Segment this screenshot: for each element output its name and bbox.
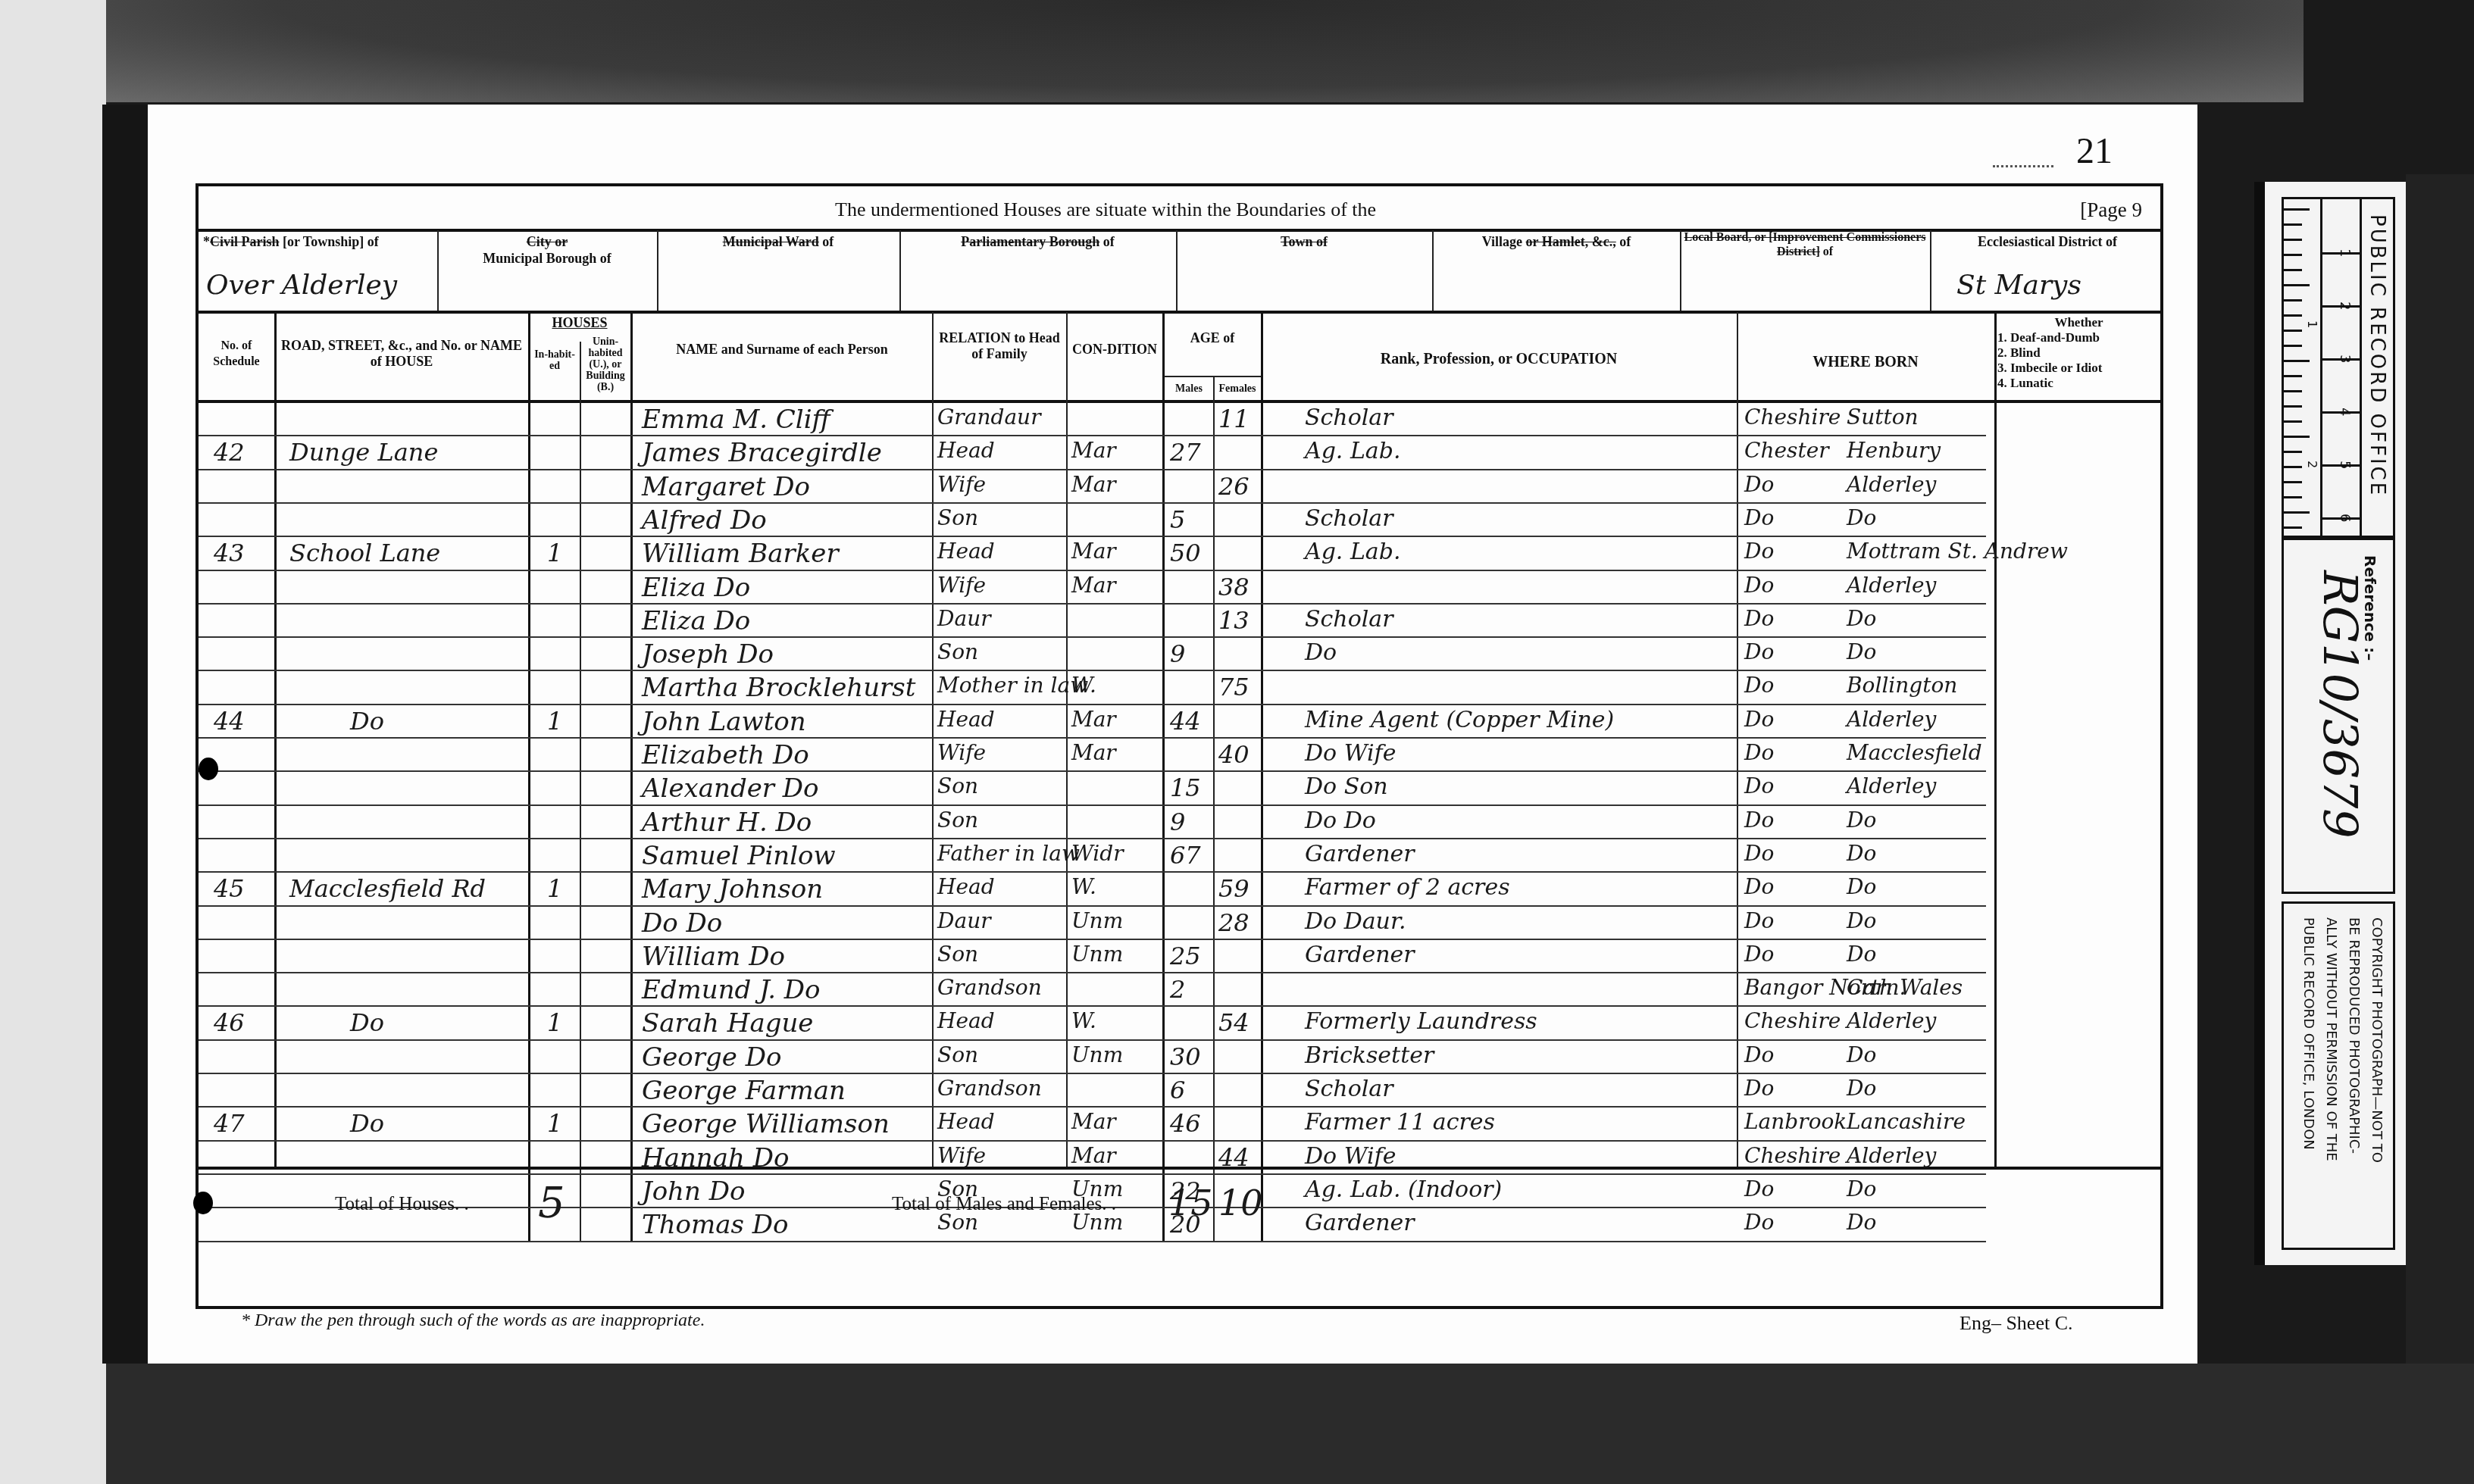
occupation: Ag. Lab. [1305,438,1401,464]
measurement-ruler: PUBLIC RECORD OFFICE 1 2 3 4 5 6 1 2 [2282,197,2395,538]
marital-condition: Mar [1071,707,1116,732]
person-name: Edmund J. Do [642,975,821,1005]
relation-to-head: Daur [937,606,991,631]
cm-label: 3 [2337,355,2353,363]
row-rule [199,804,1986,806]
marital-condition: Mar [1071,740,1116,765]
birth-county: Cheshire [1744,405,1841,430]
col-divider [1261,312,1263,1242]
cm-label: 6 [2337,514,2353,522]
relation-to-head: Grandson [937,1076,1042,1101]
scan-background-bottom [106,1364,2474,1484]
relation-to-head: Son [937,1042,978,1067]
row-rule [199,1241,1986,1242]
male-age: 5 [1170,505,1185,534]
inhabited-count: 1 [547,1008,562,1037]
birth-place: Bollington [1847,673,1957,698]
row-rule [199,704,1986,705]
occupation: Scholar [1305,405,1393,431]
person-name: Do Do [642,908,722,939]
birth-county: Do [1744,1210,1774,1235]
row-rule [199,570,1986,571]
reference-box: Reference :– RG10/3679 [2282,538,2395,894]
schedule-number: 47 [214,1109,245,1138]
female-age: 26 [1218,472,1250,501]
occupation: Do Wife [1305,1143,1396,1170]
birth-county: Do [1744,908,1774,933]
male-age: 44 [1170,707,1201,736]
boundary-municipal-borough: City or Municipal Borough of [441,233,653,267]
divider [1164,376,1261,377]
person-name: Emma M. Cliff [642,405,830,435]
divider [2320,199,2322,536]
record-office-strip: PUBLIC RECORD OFFICE 1 2 3 4 5 6 1 2 Ref… [2254,182,2406,1265]
row-rule [199,670,1986,671]
occupation: Do Do [1305,808,1376,834]
cm-label: 4 [2337,408,2353,416]
boundary-town: Town of [1180,233,1428,250]
row-rule [199,1173,1986,1175]
birth-county: Do [1744,505,1774,530]
birth-county: Do [1744,740,1774,765]
ruler-tick [2284,223,2302,226]
female-age: 28 [1218,908,1250,937]
male-age: 27 [1170,438,1201,467]
copyright-line: COPYRIGHT PHOTOGRAPH—NOT TO [2369,917,2385,1163]
birth-place: Do [1847,874,1876,899]
ruler-tick [2284,314,2302,317]
female-age: 38 [1218,573,1250,601]
punch-hole [193,1192,213,1214]
person-name: George Farman [642,1076,846,1106]
marital-condition: Widr [1071,841,1124,866]
relation-to-head: Wife [937,740,986,765]
col-header-name: NAME and Surname of each Person [653,342,911,358]
male-age: 6 [1170,1076,1185,1104]
marital-condition: W. [1071,1008,1096,1033]
male-age: 2 [1170,975,1185,1004]
birth-place: Sutton [1847,405,1919,430]
person-name: John Do [642,1176,745,1207]
occupation: Scholar [1305,505,1393,532]
person-name: Samuel Pinlow [642,841,836,871]
person-name: Alexander Do [642,773,819,804]
birth-place: Alderley [1847,773,1936,798]
inch-label: 2 [2305,461,2319,468]
birth-county: Do [1744,942,1774,967]
birth-place: Alderley [1847,707,1936,732]
person-name: Mary Johnson [642,874,823,904]
row-rule [199,838,1986,839]
person-name: Elizabeth Do [642,740,809,770]
col-header-inhabited: In-habit-ed [530,349,579,372]
punch-hole [199,758,218,780]
birth-county: Do [1744,841,1774,866]
birth-county: Cheshire [1744,1008,1841,1033]
male-age: 15 [1170,773,1201,802]
birth-place: Henbury [1847,438,1941,463]
ruler-tick [2284,208,2310,211]
relation-to-head: Head [937,438,995,463]
birth-place: Alderley [1847,573,1936,598]
birth-place: Alderley [1847,1008,1936,1033]
boundary-ecclesiastical-district: Ecclesiastical District of [1934,233,2161,250]
row-rule [199,636,1986,638]
ruler-tick [2284,330,2302,332]
divider [657,230,658,311]
birth-place: Alderley [1847,1143,1936,1168]
house-address: Macclesfield Rd [289,874,486,903]
ruler-tick [2284,436,2310,438]
person-name: Thomas Do [642,1210,789,1240]
marital-condition: Mar [1071,472,1116,497]
boundary-civil-parish-value: Over Alderley [206,270,397,301]
birth-place: Do [1847,606,1876,631]
marital-condition: Mar [1071,438,1116,463]
marital-condition: Mar [1071,1143,1116,1168]
boundary-municipal-ward: Municipal Ward of [661,233,896,250]
col-divider [1994,312,1997,1167]
divider [2360,199,2362,536]
schedule-number: 42 [214,438,245,467]
ruler-tick [2284,481,2302,483]
relation-to-head: Head [937,874,995,899]
row-rule [199,972,1986,973]
divider [199,1167,2160,1170]
birth-place: Do [1847,505,1876,530]
folio-number: 21 [2076,130,2113,172]
ruler-tick [2284,375,2302,377]
person-name: Eliza Do [642,606,750,636]
cm-label: 2 [2337,301,2353,310]
total-males-value: 15 [1168,1183,1213,1223]
scan-background-top [106,0,2304,102]
reference-value: RG10/3679 [2313,570,2368,839]
ruler-tick [2284,239,2302,241]
col-header-where-born: WHERE BORN [1740,355,1991,370]
relation-to-head: Wife [937,472,986,497]
house-address: Do [350,707,384,736]
ruler-tick [2284,466,2302,468]
relation-to-head: Son [937,808,978,833]
birth-county: Do [1744,1076,1774,1101]
ruler-tick [2284,299,2302,301]
cm-label: 5 [2337,461,2353,469]
occupation: Gardener [1305,841,1415,867]
ruler-tick [2284,254,2302,256]
marital-condition: W. [1071,673,1096,698]
occupation: Do [1305,639,1337,666]
birth-place: Do [1847,1042,1876,1067]
sheet-shadow-edge [102,105,148,1364]
relation-to-head: Head [937,1109,995,1134]
divider [899,230,901,311]
row-rule [199,435,1986,436]
row-rule [199,469,1986,470]
person-name: James Bracegirdle [642,438,882,468]
birth-county: Chester [1744,438,1829,463]
boundary-civil-parish: *Civil Parish [or Township] of [203,233,434,250]
person-name: John Lawton [642,707,806,737]
total-houses-value: 5 [538,1179,565,1228]
ruler-tick [2284,526,2302,529]
occupation: Formerly Laundress [1305,1008,1537,1035]
col-header-age: AGE of [1165,330,1259,346]
birth-place: Macclesfield [1847,740,1982,765]
ruler-tick [2284,345,2302,347]
divider [199,311,2160,314]
relation-to-head: Grandson [937,975,1042,1000]
copyright-line: BE REPRODUCED PHOTOGRAPHIC- [2346,917,2362,1154]
male-age: 46 [1170,1109,1201,1138]
person-name: Eliza Do [642,573,750,603]
birth-county: Do [1744,472,1774,497]
occupation: Farmer of 2 acres [1305,874,1510,901]
occupation: Gardener [1305,1210,1415,1236]
birth-county: Do [1744,573,1774,598]
col-header-uninhabited: Unin-habited (U.), or Building (B.) [582,336,629,393]
divider [437,230,439,311]
page-label: [Page 9 [2080,198,2142,222]
form-footnote: * Draw the pen through such of the words… [241,1311,705,1331]
occupation: Farmer 11 acres [1305,1109,1495,1136]
divider [1930,230,1931,311]
female-age: 11 [1218,405,1250,433]
birth-county: Do [1744,808,1774,833]
relation-to-head: Wife [937,573,986,598]
ruler-tick [2284,496,2302,498]
boundary-local-board: Local Board, or [Improvement Commissione… [1684,230,1926,259]
birth-place: Do [1847,908,1876,933]
row-rule [199,737,1986,739]
row-rule [199,502,1986,504]
col-header-infirmity: Whether 1. Deaf-and-Dumb 2. Blind 3. Imb… [1997,315,2160,391]
person-name: George Do [642,1042,781,1073]
relation-to-head: Wife [937,1143,986,1168]
birth-place: Mottram St. Andrew [1847,539,2068,564]
divider [199,400,2160,403]
inhabited-count: 1 [547,874,562,903]
birth-place: Do [1847,808,1876,833]
folio-dashes [1993,165,2053,167]
relation-to-head: Grandaur [937,405,1041,430]
total-females-value: 10 [1218,1183,1263,1223]
census-form: The undermentioned Houses are situate wi… [195,183,2163,1309]
birth-county: Do [1744,1042,1774,1067]
person-name: George Williamson [642,1109,890,1139]
house-address: School Lane [289,539,440,567]
marital-condition: Unm [1071,1042,1123,1067]
row-rule [199,939,1986,940]
birth-place: Alderley [1847,472,1936,497]
birth-county: Do [1744,707,1774,732]
col-header-relation: RELATION to Head of Family [935,330,1064,362]
marital-condition: Mar [1071,573,1116,598]
relation-to-head: Son [937,505,978,530]
birth-place: Do [1847,639,1876,664]
house-address: Do [350,1109,384,1138]
form-title: The undermentioned Houses are situate wi… [835,198,1376,221]
scan-background-right [2406,174,2474,1364]
male-age: 9 [1170,639,1185,668]
col-header-schedule: No. of Schedule [200,338,273,370]
row-rule [199,1073,1986,1074]
inch-label: 1 [2305,320,2319,328]
birth-place: Do [1847,1210,1876,1235]
birth-place: Do [1847,1076,1876,1101]
male-age: 30 [1170,1042,1201,1071]
relation-to-head: Father in law [937,841,1080,866]
birth-place: Carn. [1847,975,1906,1000]
copyright-line: PUBLIC RECORD OFFICE, LONDON [2300,917,2316,1150]
ruler-tick [2284,420,2302,423]
relation-to-head: Head [937,707,995,732]
inhabited-count: 1 [547,707,562,736]
col-header-houses: HOUSES [530,315,629,331]
occupation: Mine Agent (Copper Mine) [1305,707,1614,733]
occupation: Ag. Lab. (Indoor) [1305,1176,1502,1203]
schedule-number: 44 [214,707,245,736]
cm-label: 1 [2337,248,2353,257]
ruler-tick [2284,511,2310,514]
relation-to-head: Son [937,639,978,664]
birth-county: Do [1744,673,1774,698]
marital-condition: Mar [1071,1109,1116,1134]
row-rule [199,871,1986,873]
occupation: Gardener [1305,942,1415,968]
occupation: Do Daur. [1305,908,1406,935]
col-header-males: Males [1165,383,1212,395]
row-rule [199,905,1986,907]
boundary-ecclesiastical-value: St Marys [1956,270,2081,301]
person-name: William Barker [642,539,839,569]
occupation: Do Wife [1305,740,1396,767]
male-age: 25 [1170,942,1201,970]
occupation: Scholar [1305,606,1393,633]
birth-county: Do [1744,874,1774,899]
person-name: Margaret Do [642,472,810,502]
birth-county: Lanbrook [1744,1109,1847,1134]
marital-condition: Unm [1071,908,1123,933]
occupation: Scholar [1305,1076,1393,1102]
female-age: 54 [1218,1008,1250,1037]
relation-to-head: Head [937,539,995,564]
person-name: Sarah Hague [642,1008,814,1039]
divider [1680,230,1681,311]
marital-condition: Mar [1071,539,1116,564]
birth-county: Do [1744,773,1774,798]
person-name: William Do [642,942,785,972]
ruler-tick [2284,405,2302,408]
male-age: 9 [1170,808,1185,836]
ruler-tick [2284,284,2310,286]
ruler-tick [2284,269,2302,271]
row-rule [199,1005,1986,1007]
occupation: Do Son [1305,773,1388,800]
person-name: Joseph Do [642,639,774,670]
col-divider [528,312,530,1242]
col-divider [1162,312,1165,1242]
birth-place: Do [1847,841,1876,866]
ruler-tick [2284,390,2302,392]
female-age: 40 [1218,740,1250,769]
relation-to-head: Daur [937,908,991,933]
col-divider [630,312,633,1242]
house-address: Do [350,1008,384,1037]
copyright-notice: COPYRIGHT PHOTOGRAPH—NOT TO BE REPRODUCE… [2282,901,2395,1250]
person-name: Arthur H. Do [642,808,812,838]
office-label: PUBLIC RECORD OFFICE [2366,214,2388,497]
boundary-parliamentary-borough: Parliamentary Borough of [903,233,1172,250]
ruler-tick [2284,451,2302,453]
house-address: Dunge Lane [289,438,438,467]
total-houses-label: Total of Houses. . [335,1194,469,1215]
birth-county: Do [1744,606,1774,631]
birth-place: Do [1847,942,1876,967]
female-age: 13 [1218,606,1250,635]
relation-to-head: Head [937,1008,995,1033]
birth-county: Do [1744,539,1774,564]
birth-county: Cheshire [1744,1143,1841,1168]
schedule-number: 43 [214,539,245,567]
boundary-village: Village or Hamlet, &c., of [1436,233,1677,250]
row-rule [199,1039,1986,1041]
occupation: Ag. Lab. [1305,539,1401,565]
marital-condition: W. [1071,874,1096,899]
male-age: 50 [1170,539,1201,567]
row-rule [199,536,1986,537]
row-rule [199,770,1986,772]
relation-to-head: Mother in law [937,673,1088,698]
col-header-address: ROAD, STREET, &c., and No. or NAME of HO… [277,338,526,370]
person-name: Alfred Do [642,505,767,536]
row-rule [199,1106,1986,1108]
col-header-condition: CON-DITION [1070,342,1159,358]
total-persons-label: Total of Males and Females. . [892,1194,1116,1215]
col-header-females: Females [1215,383,1259,395]
birth-place: Lancashire [1847,1109,1966,1134]
col-divider [1213,376,1215,1242]
relation-to-head: Son [937,773,978,798]
divider [1432,230,1434,311]
occupation: Bricksetter [1305,1042,1434,1069]
ruler-tick [2284,360,2310,362]
copyright-line: ALLY WITHOUT PERMISSION OF THE [2323,917,2339,1161]
schedule-number: 46 [214,1008,245,1037]
row-rule [199,1140,1986,1142]
schedule-number: 45 [214,874,245,903]
relation-to-head: Son [937,942,978,967]
col-header-occupation: Rank, Profession, or OCCUPATION [1264,351,1734,367]
sheet-label: Eng– Sheet C. [1959,1312,2073,1335]
female-age: 59 [1218,874,1250,903]
inhabited-count: 1 [547,1109,562,1138]
birth-county: Do [1744,1176,1774,1201]
male-age: 67 [1170,841,1201,870]
marital-condition: Unm [1071,942,1123,967]
scan-background-left [0,0,106,1484]
female-age: 75 [1218,673,1250,701]
inhabited-count: 1 [547,539,562,567]
birth-county: Do [1744,639,1774,664]
row-rule [199,603,1986,605]
person-name: Martha Brocklehurst [642,673,915,703]
birth-place: Do [1847,1176,1876,1201]
divider [1176,230,1178,311]
